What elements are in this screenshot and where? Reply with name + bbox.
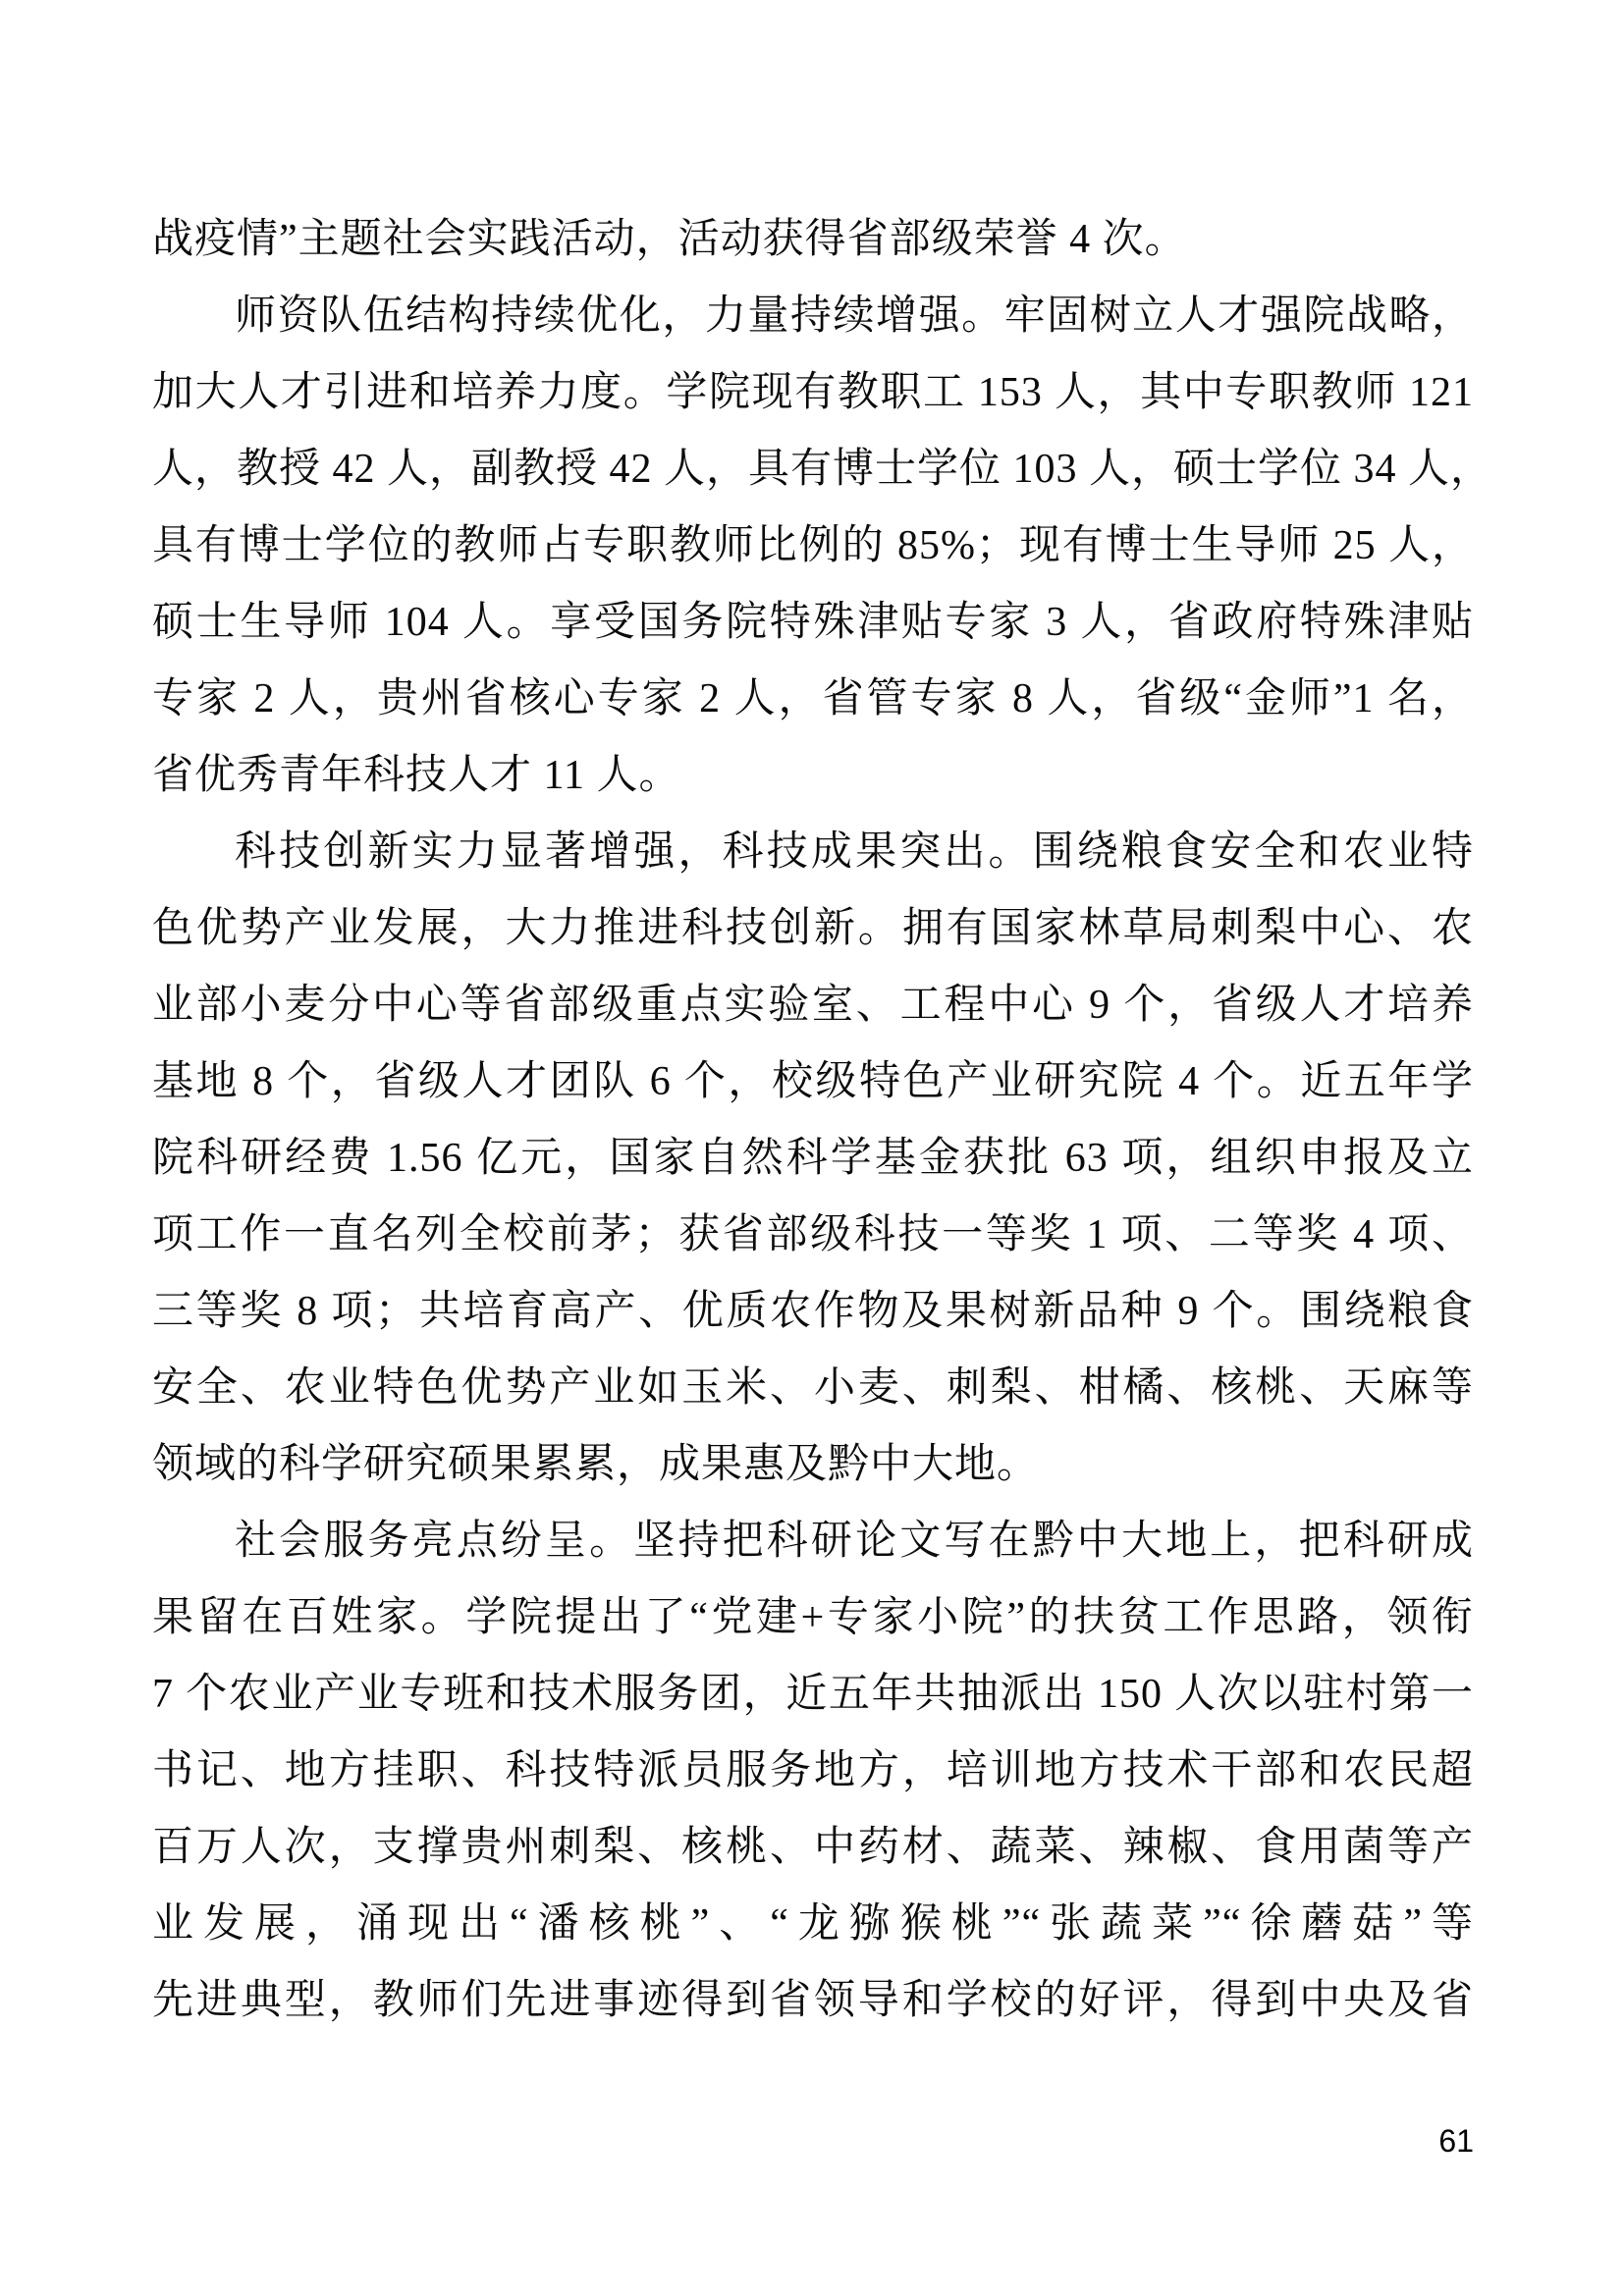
text-line: 领域的科学研究硕果累累，成果惠及黔中大地。 [152,1426,1474,1503]
text-line: 具有博士学位的教师占专职教师比例的 85%；现有博士生导师 25 人， [152,507,1474,584]
text-line: 项工作一直名列全校前茅；获省部级科技一等奖 1 项、二等奖 4 项、 [152,1197,1474,1273]
text-line: 硕士生导师 104 人。享受国务院特殊津贴专家 3 人，省政府特殊津贴 [152,584,1474,661]
text-line: 先进典型，教师们先进事迹得到省领导和学校的好评，得到中央及省 [152,1962,1474,2039]
text-line: 百万人次，支撑贵州刺梨、核桃、中药材、蔬菜、辣椒、食用菌等产 [152,1809,1474,1886]
paragraph: 科技创新实力显著增强，科技成果突出。围绕粮食安全和农业特色优势产业发展，大力推进… [152,814,1474,1503]
text-line: 安全、农业特色优势产业如玉米、小麦、刺梨、柑橘、核桃、天麻等 [152,1350,1474,1426]
text-line: 业部小麦分中心等省部级重点实验室、工程中心 9 个，省级人才培养 [152,967,1474,1043]
text-line: 战疫情”主题社会实践活动，活动获得省部级荣誉 4 次。 [152,201,1474,278]
text-line: 基地 8 个，省级人才团队 6 个，校级特色产业研究院 4 个。近五年学 [152,1043,1474,1120]
text-line: 师资队伍结构持续优化，力量持续增强。牢固树立人才强院战略， [152,278,1474,354]
text-line: 专家 2 人，贵州省核心专家 2 人，省管专家 8 人，省级“金师”1 名， [152,661,1474,737]
text-line: 三等奖 8 项；共培育高产、优质农作物及果树新品种 9 个。围绕粮食 [152,1273,1474,1350]
text-line: 7 个农业产业专班和技术服务团，近五年共抽派出 150 人次以驻村第一 [152,1656,1474,1733]
text-line: 省优秀青年科技人才 11 人。 [152,737,1474,814]
text-line: 社会服务亮点纷呈。坚持把科研论文写在黔中大地上，把科研成 [152,1503,1474,1579]
paragraph: 战疫情”主题社会实践活动，活动获得省部级荣誉 4 次。 [152,201,1474,278]
document-page: 战疫情”主题社会实践活动，活动获得省部级荣誉 4 次。师资队伍结构持续优化，力量… [0,0,1624,2296]
text-line: 书记、地方挂职、科技特派员服务地方，培训地方技术干部和农民超 [152,1733,1474,1809]
text-line: 科技创新实力显著增强，科技成果突出。围绕粮食安全和农业特 [152,814,1474,890]
text-line: 人，教授 42 人，副教授 42 人，具有博士学位 103 人，硕士学位 34 … [152,431,1474,507]
paragraph: 师资队伍结构持续优化，力量持续增强。牢固树立人才强院战略，加大人才引进和培养力度… [152,278,1474,814]
page-number: 61 [152,2123,1474,2159]
paragraph: 社会服务亮点纷呈。坚持把科研论文写在黔中大地上，把科研成果留在百姓家。学院提出了… [152,1503,1474,2039]
body-text: 战疫情”主题社会实践活动，活动获得省部级荣誉 4 次。师资队伍结构持续优化，力量… [152,201,1474,2039]
text-line: 果留在百姓家。学院提出了“党建+专家小院”的扶贫工作思路，领衔 [152,1579,1474,1656]
text-line: 加大人才引进和培养力度。学院现有教职工 153 人，其中专职教师 121 [152,354,1474,431]
text-line: 色优势产业发展，大力推进科技创新。拥有国家林草局刺梨中心、农 [152,890,1474,967]
text-line: 院科研经费 1.56 亿元，国家自然科学基金获批 63 项，组织申报及立 [152,1120,1474,1197]
text-line: 业发展，涌现出“潘核桃”、“龙猕猴桃”“张蔬菜”“徐蘑菇”等 [152,1886,1474,1962]
